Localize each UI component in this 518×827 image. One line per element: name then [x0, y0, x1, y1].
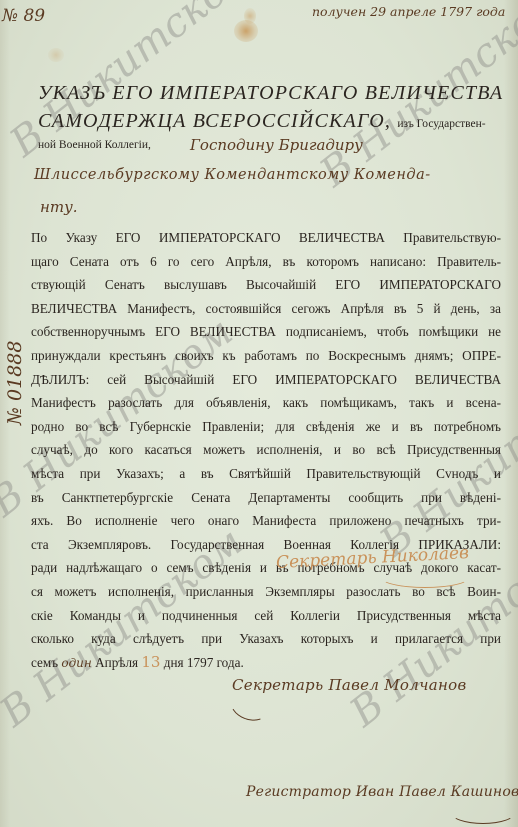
stain-left — [48, 48, 64, 62]
decree-title-line2-suffix: изъ Государствен- — [397, 118, 485, 130]
stain-top-streak — [244, 8, 256, 24]
body-line: ВЕЛИЧЕСТВА Манифестъ, состоявшійся сегож… — [31, 297, 501, 321]
stain-top — [234, 20, 258, 42]
body-line: По Указу ЕГО ИМПЕРАТОРСКАГО ВЕЛИЧЕСТВА П… — [31, 226, 501, 250]
body-line: случаѣ, до кого касаться можетъ исполнен… — [31, 438, 501, 462]
body-line: яхъ. Во исполненіе чего онаго Манифеста … — [31, 509, 501, 533]
closing-suffix: дня 1797 года. — [164, 655, 244, 670]
body-line: сколько куда слѣдуетъ при Указахъ которы… — [31, 627, 501, 651]
clerk-signature-flourish — [380, 566, 470, 588]
received-note: получен 29 апреле 1797 года — [312, 4, 505, 19]
body-line: щаго Сената отъ 6 го сего Апрѣля, въ кот… — [31, 250, 501, 274]
decree-title-line2-text: САМОДЕРЖЦА ВСЕРОССІЙСКАГО, — [38, 110, 391, 132]
closing-line: семъ один Апрѣля 13 дня 1797 года. — [31, 651, 501, 676]
paper-edge-right — [504, 0, 518, 827]
closing-prefix: семъ — [31, 655, 58, 670]
body-line: въ Санктпетербургскіе Сената Департамент… — [31, 486, 501, 510]
body-line: скіе Команды и подчиненныя сей Коллегіи … — [31, 604, 501, 628]
secretary-signature: Секретарь Павел Молчанов — [232, 676, 467, 694]
addressee-line2: Шлиссельбургскому Комендантскому Коменда… — [34, 167, 431, 183]
registrar-signature-flourish — [450, 800, 516, 824]
registrar-signature: Регистратор Иван Павел Кашинов — [246, 784, 518, 800]
body-line: Манифестъ разослать для объявленія, какъ… — [31, 391, 501, 415]
body-line: родно во всѣ Губернскіе Правленіи; для с… — [31, 415, 501, 439]
body-line: принуждали крестьянъ своихъ къ работамъ … — [31, 344, 501, 368]
archive-number: № 89 — [2, 6, 45, 26]
decree-body: По Указу ЕГО ИМПЕРАТОРСКАГО ВЕЛИЧЕСТВА П… — [31, 226, 501, 675]
decree-title-line2: САМОДЕРЖЦА ВСЕРОССІЙСКАГО, изъ Государст… — [38, 110, 486, 133]
handwritten-day: 13 — [141, 653, 160, 671]
addressee-line3: нту. — [40, 198, 78, 216]
addressee-line1: Господину Бригадиру — [190, 136, 363, 154]
body-line: ДѢЛИЛЪ: сей Высочайшій ЕГО ИМПЕРАТОРСКАГ… — [31, 368, 501, 392]
body-line: собственноручнымъ ЕГО ВЕЛИЧЕСТВА подписа… — [31, 320, 501, 344]
body-line: ствующій Сенатъ выслушавъ Высочайшій ЕГО… — [31, 273, 501, 297]
closing-month: Апрѣля — [95, 655, 138, 670]
decree-title-line3: ной Военной Коллегіи, — [38, 139, 151, 151]
decree-title-line1: УКАЗЪ ЕГО ИМПЕРАТОРСКАГО ВЕЛИЧЕСТВА — [38, 82, 503, 105]
body-line: мѣста при Указахъ; а въ Святѣйшій Правит… — [31, 462, 501, 486]
handwritten-count: один — [61, 656, 91, 670]
side-inventory-number: № 01888 — [4, 341, 26, 425]
